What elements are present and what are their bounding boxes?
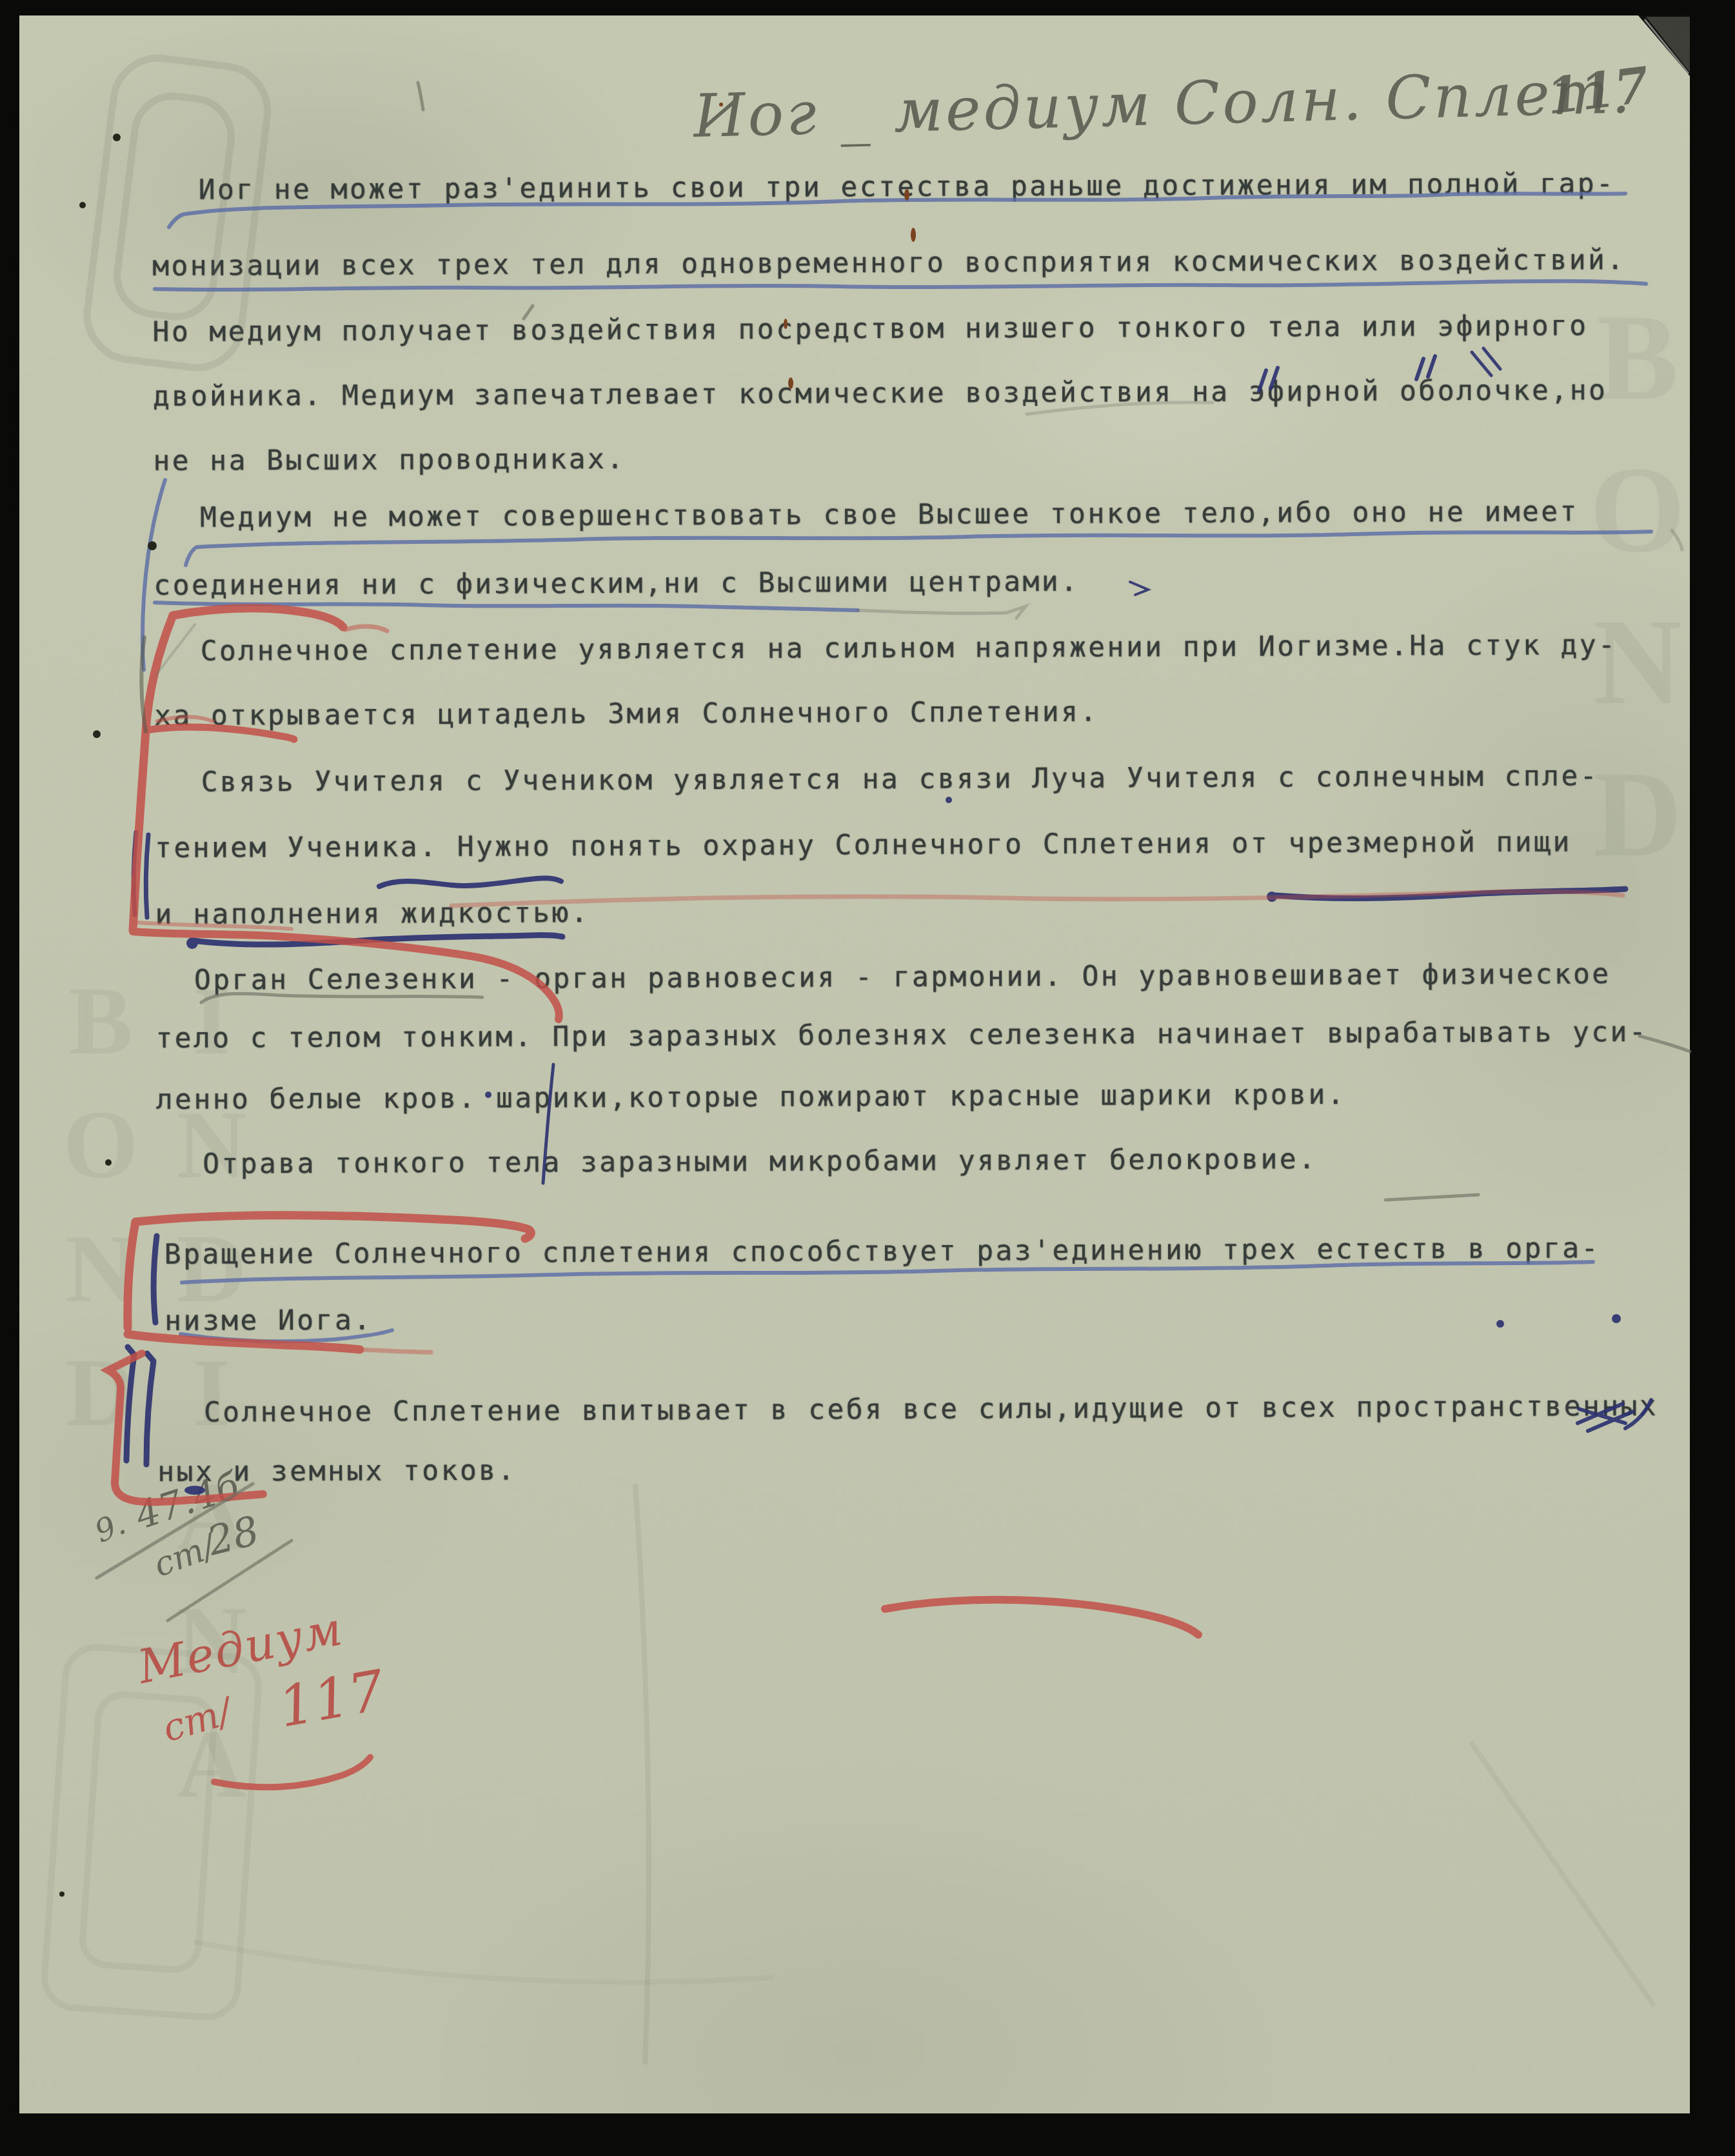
typed-line: Но медиум получает воздействия посредств… xyxy=(152,310,1588,348)
typed-line: соединения ни с физическим,ни с Высшими … xyxy=(154,566,1079,602)
typed-line: ха открывается цитадель Змия Солнечного … xyxy=(154,695,1099,732)
typed-line: двойника. Медиум запечатлевает космическ… xyxy=(153,374,1607,413)
typed-line: ленно белые кров. шарики,которые пожираю… xyxy=(156,1079,1346,1116)
typed-line: низме Иога. xyxy=(164,1304,372,1337)
typed-line: Орган Селезенки - орган равновесия - гар… xyxy=(194,958,1611,997)
typed-line: тело с телом тонким. При заразных болезн… xyxy=(155,1016,1648,1055)
typed-line: Медиум не может совершенствовать свое Вы… xyxy=(200,495,1579,534)
typed-line: Вращение Солнечного сплетения способству… xyxy=(164,1232,1600,1271)
typed-line: монизации всех трех тел для одновременно… xyxy=(152,244,1626,283)
typed-line: Солнечное Сплетение впитывает в себя все… xyxy=(204,1390,1658,1429)
typed-line: тением Ученика. Нужно понять охрану Солн… xyxy=(155,826,1572,864)
typescript-body: Иог не может раз'единить свои три естест… xyxy=(0,0,1735,2156)
typed-line: Отрава тонкого тела заразными микробами … xyxy=(203,1143,1317,1181)
typed-line: Солнечное сплетение уявляется на сильном… xyxy=(201,629,1618,668)
typed-line: и наполнения жидкостью. xyxy=(155,897,590,931)
typed-line: Иог не может раз'единить свои три естест… xyxy=(198,168,1615,206)
typed-line: Связь Учителя с Учеником уявляется на св… xyxy=(201,760,1599,798)
typed-line: не на Высших проводниках. xyxy=(153,443,625,477)
document-scan: INDIANA BOND INDIANA BOND Иог _ медиум С… xyxy=(0,0,1735,2156)
